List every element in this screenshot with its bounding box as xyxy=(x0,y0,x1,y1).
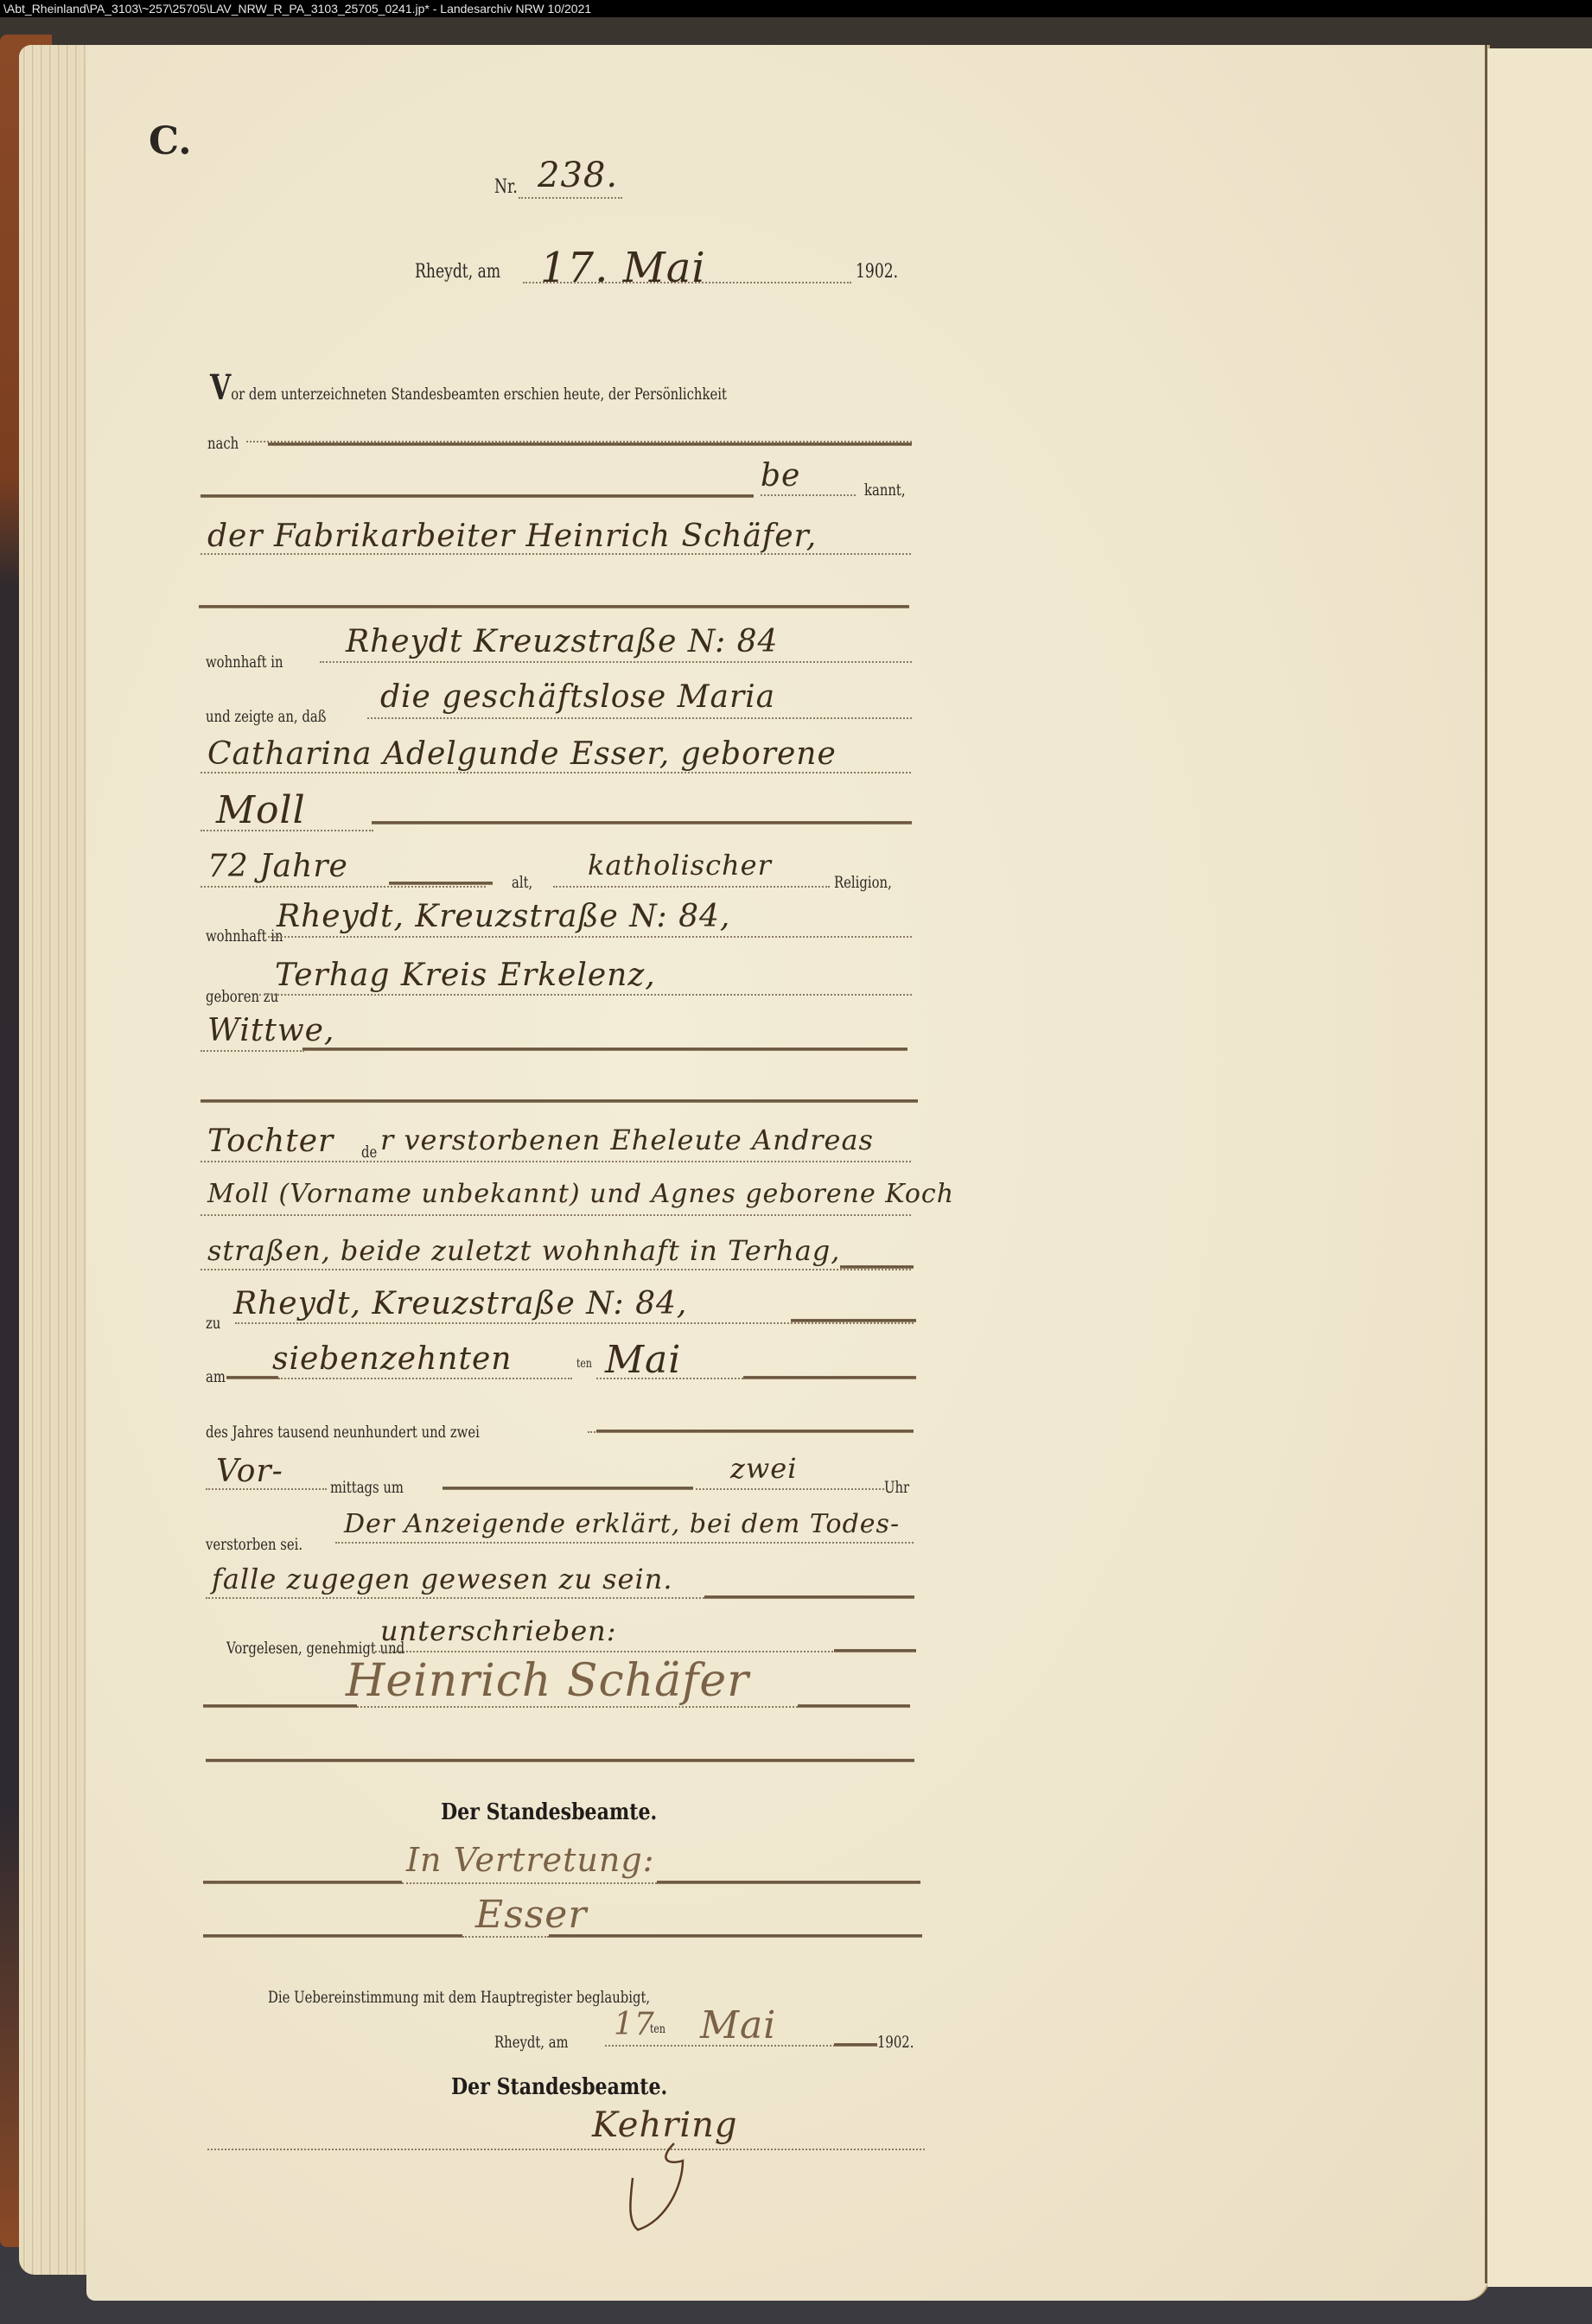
time-period-value: Vor- xyxy=(216,1454,283,1489)
intro-text: or dem unterzeichneten Standesbeamten er… xyxy=(231,385,727,404)
parents-line1 xyxy=(201,1161,911,1162)
parents-value2: Moll (Vorname unbekannt) und Agnes gebor… xyxy=(207,1179,954,1209)
section-rule xyxy=(201,1099,918,1103)
registrar-rule1-right xyxy=(657,1881,920,1884)
date-value: 17. Mai xyxy=(540,244,706,292)
nach-rule xyxy=(268,443,912,446)
remark-value1: Der Anzeigende erklärt, bei dem Todes- xyxy=(344,1509,900,1539)
birth-line1 xyxy=(259,994,912,996)
death-day-line xyxy=(278,1378,572,1379)
birth-value2: Wittwe, xyxy=(207,1013,334,1048)
parents-value1: r verstorbenen Eheleute Andreas xyxy=(380,1124,874,1156)
parents-line3 xyxy=(201,1269,911,1270)
parents-label: de xyxy=(361,1143,377,1162)
certification-month: Mai xyxy=(700,2003,776,2047)
birth-label: geboren zu xyxy=(206,987,278,1006)
place-label: Rheydt, am xyxy=(415,261,500,283)
registrar-rule2-right xyxy=(549,1934,922,1938)
remark-rule xyxy=(704,1595,914,1599)
certification-text: Die Uebereinstimmung mit dem Hauptregist… xyxy=(268,1988,650,2007)
signature-rule-left xyxy=(203,1704,357,1708)
signature-rule-right xyxy=(798,1704,910,1708)
age-label: alt, xyxy=(512,873,532,892)
religion-value: katholischer xyxy=(588,849,772,882)
age-rule xyxy=(389,882,493,885)
number-line xyxy=(519,197,622,199)
certification-year: 1902. xyxy=(877,2033,914,2052)
age-value: 72 Jahre xyxy=(207,849,348,884)
death-place-rule xyxy=(791,1319,916,1322)
announcement-line2 xyxy=(201,772,911,774)
registrar-heading: Der Standesbeamte. xyxy=(441,1799,657,1825)
certification-ten-label: ten xyxy=(650,2022,665,2036)
birth-rule xyxy=(302,1047,907,1051)
known-rule xyxy=(201,494,754,498)
informant-rule xyxy=(199,605,909,608)
approval-value: unterschrieben: xyxy=(380,1614,617,1647)
time-hour-value: zwei xyxy=(730,1452,797,1485)
informant-residence-line xyxy=(320,661,912,663)
remark-line1 xyxy=(335,1542,914,1544)
document-content: C. Nr. 238. Rheydt, am 17. Mai 1902. Vor… xyxy=(0,0,1592,2324)
religion-line xyxy=(553,886,830,888)
certification-place-label: Rheydt, am xyxy=(494,2033,569,2052)
certification-day: 17 xyxy=(614,2007,655,2042)
known-label: kannt, xyxy=(864,481,906,500)
time-uhr-label: Uhr xyxy=(884,1478,909,1497)
death-place-value: Rheydt, Kreuzstraße N: 84, xyxy=(233,1286,687,1321)
registrar-rule1-left xyxy=(203,1881,402,1884)
announcement-value3: Moll xyxy=(216,788,306,832)
approval-rule xyxy=(834,1649,916,1652)
intro-line: Vor dem unterzeichneten Standesbeamten e… xyxy=(210,367,727,408)
blank-rule xyxy=(206,1759,914,1762)
time-period-label: mittags um xyxy=(330,1478,404,1497)
death-year-rule xyxy=(596,1429,914,1433)
certification-signature-line xyxy=(207,2149,925,2150)
age-line xyxy=(201,886,486,888)
death-date-rule-start xyxy=(226,1376,278,1379)
death-place-line xyxy=(235,1322,914,1324)
announcement-line1 xyxy=(367,717,912,719)
deceased-residence-line xyxy=(268,936,912,938)
deceased-residence-value: Rheydt, Kreuzstraße N: 84, xyxy=(277,899,730,934)
section-letter: C. xyxy=(149,119,192,163)
parents-value3: straßen, beide zuletzt wohnhaft in Terha… xyxy=(207,1234,840,1267)
death-year-text: des Jahres tausend neunhundert und zwei xyxy=(206,1423,480,1442)
announcement-value1: die geschäftslose Maria xyxy=(380,679,775,715)
death-month-rule xyxy=(743,1376,916,1379)
religion-label: Religion, xyxy=(834,873,892,892)
known-value: be xyxy=(761,458,800,493)
death-day-value: siebenzehnten xyxy=(272,1341,512,1377)
parents-rule xyxy=(840,1265,914,1269)
informant-signature: Heinrich Schäfer xyxy=(346,1655,749,1707)
informant-residence-value: Rheydt Kreuzstraße N: 84 xyxy=(346,624,778,659)
certification-date-rule xyxy=(834,2043,877,2047)
nach-label: nach xyxy=(207,434,239,453)
announcement-value2: Catharina Adelgunde Esser, geborene xyxy=(207,736,837,772)
registrar-signature: Esser xyxy=(475,1893,587,1937)
birth-line2 xyxy=(201,1050,304,1052)
death-date-label: am xyxy=(206,1367,226,1386)
informant-value: der Fabrikarbeiter Heinrich Schäfer, xyxy=(207,519,817,554)
time-hour-rule xyxy=(443,1487,693,1490)
time-hour-line xyxy=(696,1488,884,1490)
birth-value1: Terhag Kreis Erkelenz, xyxy=(275,958,656,993)
death-month-value: Mai xyxy=(605,1338,681,1382)
registrar-line1 xyxy=(402,1882,657,1884)
announcement-label: und zeigte an, daß xyxy=(206,707,327,726)
death-place-label: zu xyxy=(206,1314,220,1333)
remark-label: verstorben sei. xyxy=(206,1535,302,1554)
remark-value2: falle zugegen gewesen zu sein. xyxy=(212,1563,673,1595)
number-value: 238. xyxy=(538,156,618,195)
registrar-rule2-left xyxy=(203,1934,462,1938)
parents-prefix: Tochter xyxy=(207,1124,334,1159)
informant-residence-label: wohnhaft in xyxy=(206,653,283,672)
known-dotted xyxy=(761,494,856,496)
death-ten-label: ten xyxy=(576,1357,592,1371)
registrar-deputy-note: In Vertretung: xyxy=(406,1841,654,1879)
certification-heading: Der Standesbeamte. xyxy=(451,2074,667,2100)
announcement-rule xyxy=(372,821,912,825)
signature-flourish-icon xyxy=(622,2135,691,2238)
intro-initial: V xyxy=(210,367,231,408)
number-label: Nr. xyxy=(494,176,518,198)
parents-line2 xyxy=(201,1214,911,1216)
date-year: 1902. xyxy=(856,261,898,283)
